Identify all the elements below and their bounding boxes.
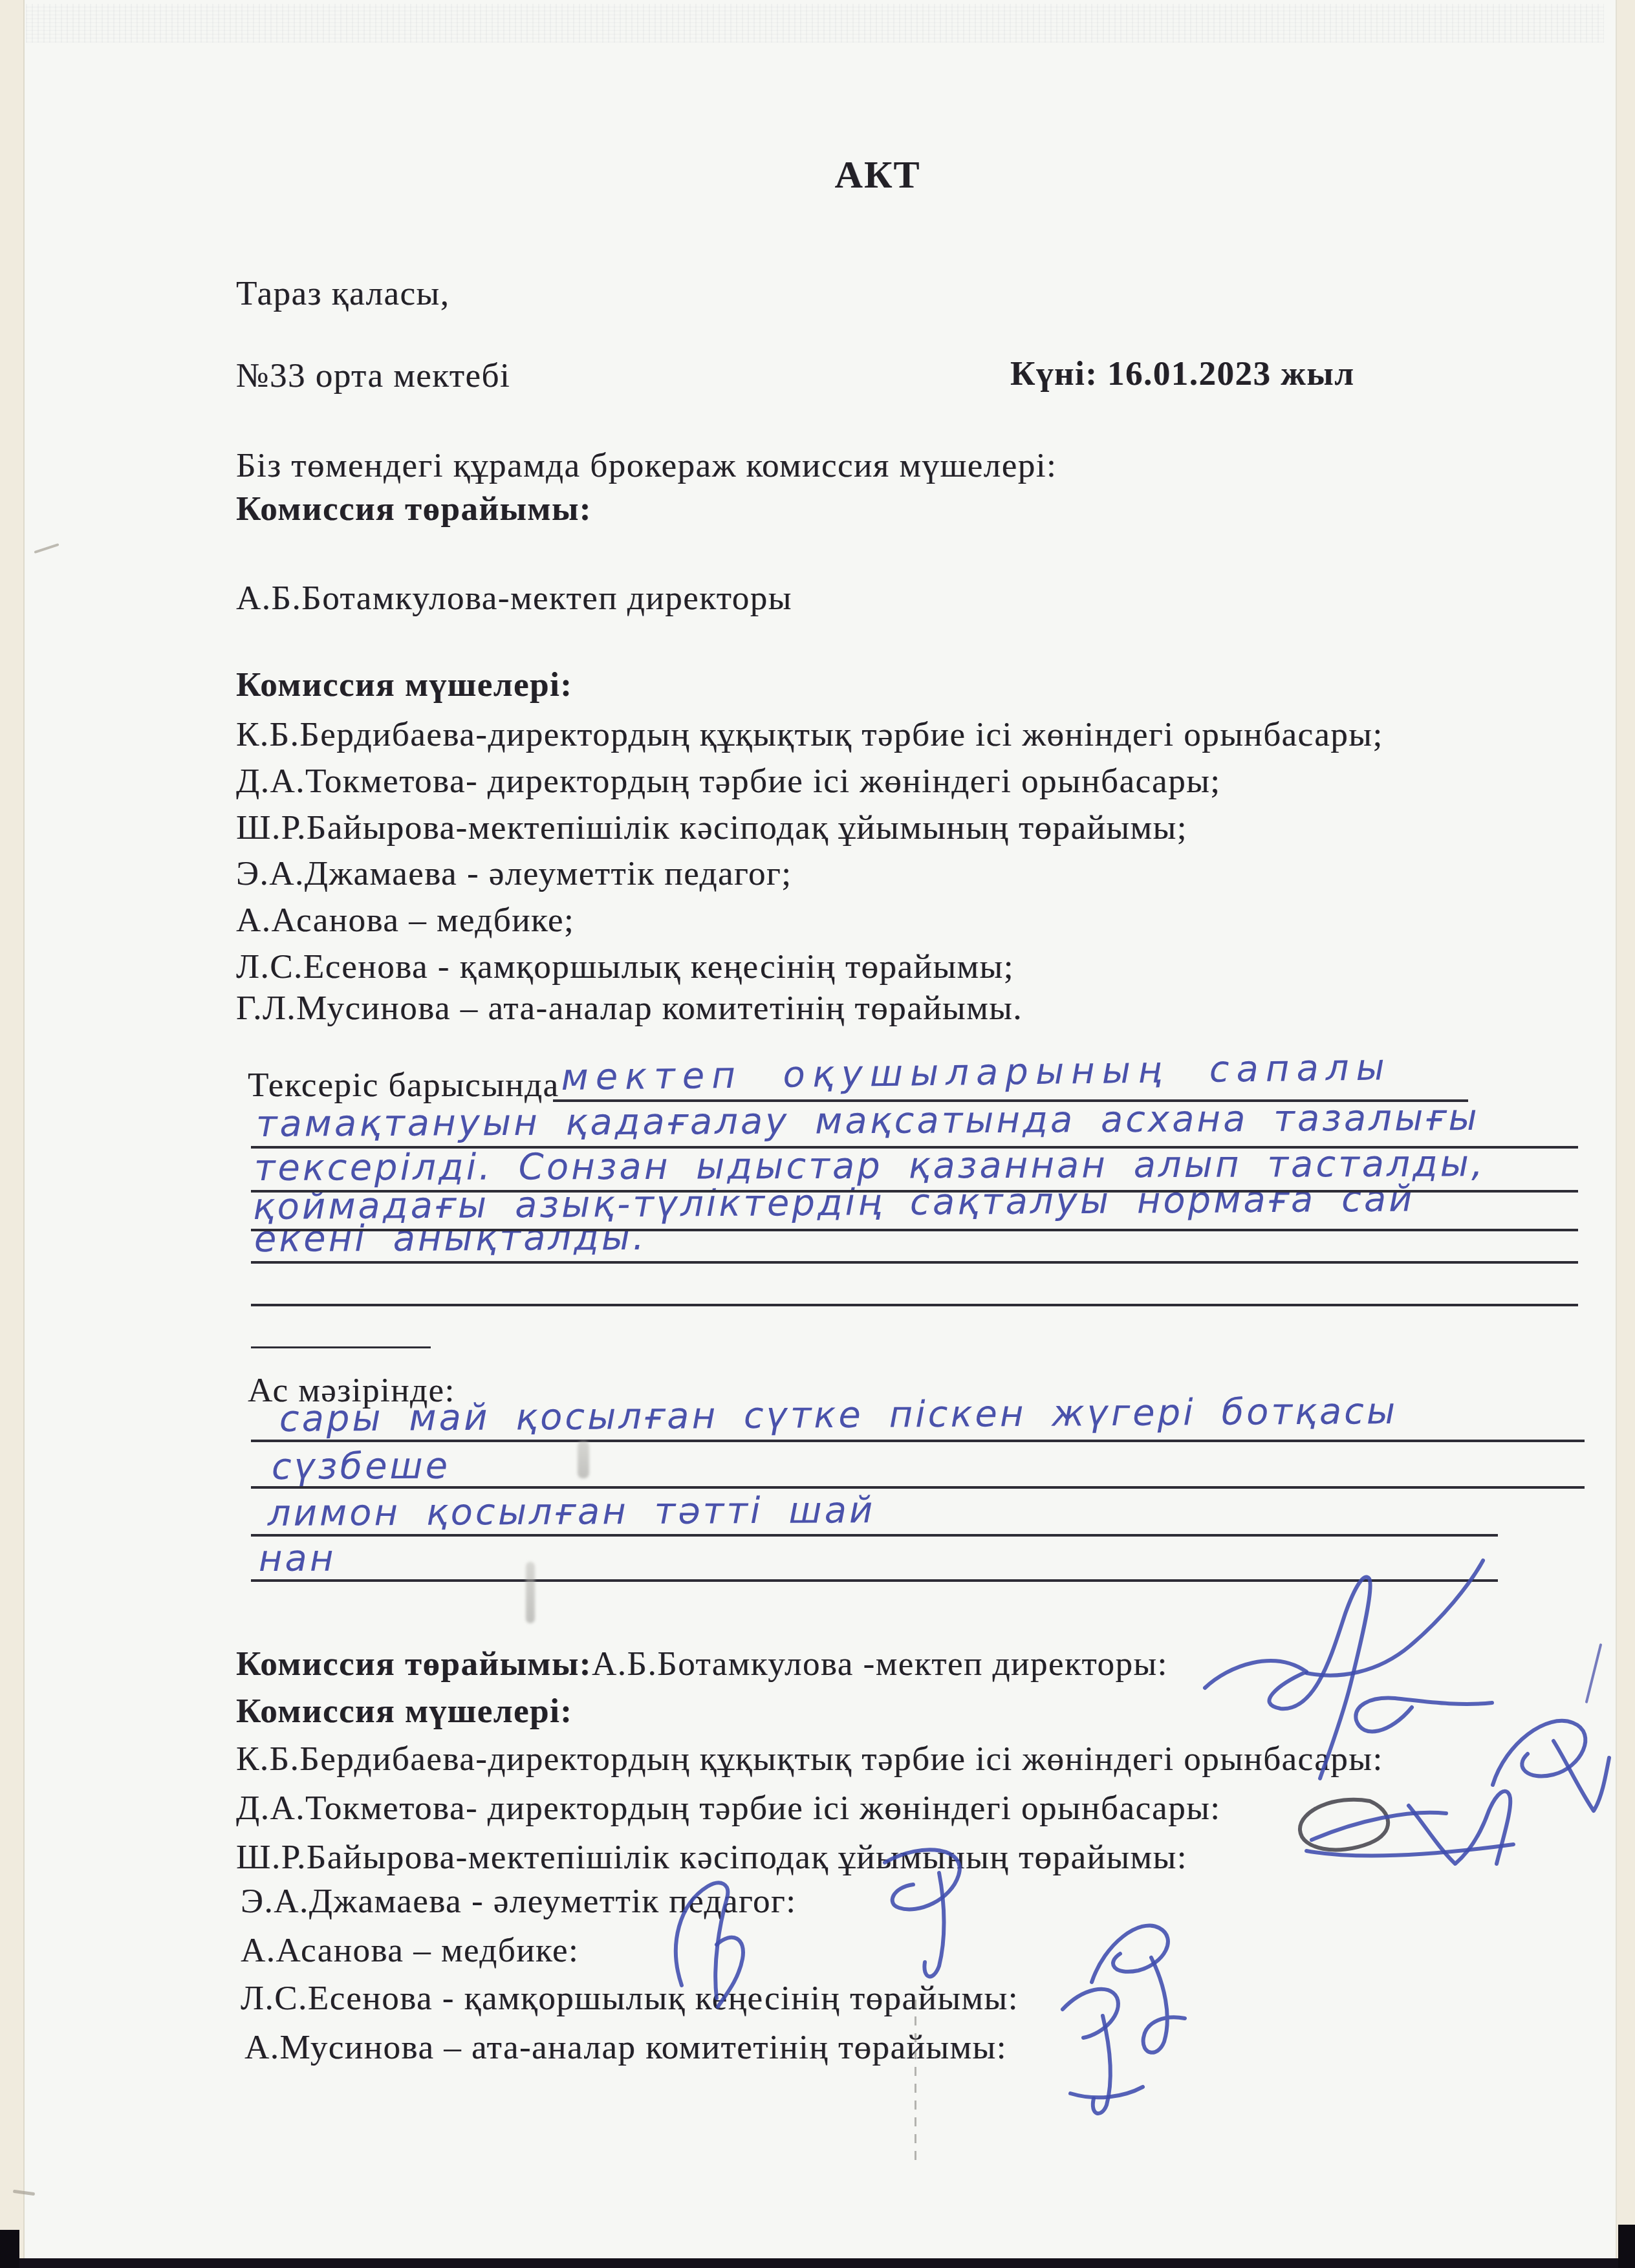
- member-line: К.Б.Бердибаева-директордың құқықтық тәрб…: [236, 715, 1383, 754]
- page-title: АКТ: [835, 153, 921, 197]
- handwritten-menu-item: сары май қосылған сүтке піскен жүгері бо…: [279, 1390, 1398, 1440]
- member-line: Э.А.Джамаева - әлеуметтік педагог;: [236, 854, 792, 893]
- ruled-line: [251, 1190, 1578, 1193]
- scanner-corner-blob: [1618, 2225, 1635, 2268]
- chair-name: А.Б.Ботамкулова-мектеп директоры: [236, 579, 792, 618]
- handwritten-menu-item: нан: [259, 1538, 336, 1580]
- handwritten-menu-item: сүзбеше: [272, 1445, 451, 1488]
- handwritten-line: екені анықталды.: [254, 1216, 647, 1260]
- ruled-line: [251, 1304, 1578, 1306]
- intro-line: Біз төмендегі құрамда брокераж комиссия …: [236, 446, 1057, 485]
- signature-member-line: Д.А.Токметова- директордың тәрбие ісі жө…: [236, 1789, 1220, 1828]
- member-line: Л.С.Есенова - қамқоршылық кеңесінің төра…: [236, 947, 1014, 986]
- chair-label: Комиссия төрайымы:: [236, 490, 592, 528]
- signature-chair-label: Комиссия төрайымы:: [236, 1645, 592, 1683]
- member-line: А.Асанова – медбике;: [236, 901, 574, 940]
- scanner-corner-blob: [0, 2230, 19, 2268]
- signature-tokmetova-icon: [1273, 1766, 1525, 1885]
- inspection-label: Тексеріс барысында: [248, 1066, 559, 1105]
- handwritten-menu-item: лимон қосылған тәтті шай: [268, 1489, 876, 1535]
- ruled-line: [251, 1229, 1578, 1231]
- city-line: Тараз қаласы,: [236, 274, 449, 313]
- scanner-bottom-band: [0, 2258, 1635, 2268]
- ruled-line-short: [251, 1346, 431, 1348]
- signature-asanova-icon: [653, 1866, 776, 2021]
- signature-member-line: А.Асанова – медбике:: [241, 1931, 579, 1970]
- member-line: Г.Л.Мусинова – ата-аналар комитетінің тө…: [236, 989, 1023, 1028]
- handwritten-line: тамақтануын қадағалау мақсатында асхана …: [256, 1097, 1480, 1145]
- member-line: Ш.Р.Байырова-мектепішілік кәсіподақ ұйым…: [236, 808, 1187, 847]
- ruled-line: [251, 1146, 1578, 1149]
- signature-chair-botamkulova-icon: [1193, 1549, 1504, 1801]
- members-label: Комиссия мүшелері:: [236, 665, 572, 704]
- signature-chair-name: А.Б.Ботамкулова -мектеп директоры:: [592, 1645, 1168, 1683]
- signature-jamaeva-icon: [847, 1835, 996, 1987]
- ruled-line: [251, 1261, 1578, 1264]
- ruled-line: [251, 1534, 1498, 1537]
- signature-member-line: А.Мусинова – ата-аналар комитетінің төра…: [244, 2028, 1007, 2067]
- member-line: Д.А.Токметова- директордың тәрбие ісі жө…: [236, 762, 1220, 801]
- school-line: №33 орта мектебі: [236, 356, 510, 395]
- signature-chair-line: Комиссия төрайымы:А.Б.Ботамкулова -мекте…: [236, 1645, 1168, 1683]
- ruled-line: [553, 1099, 1468, 1102]
- signature-members-label: Комиссия мүшелері:: [236, 1692, 572, 1731]
- ruled-line: [251, 1486, 1585, 1489]
- signature-musinova-icon: [1045, 1969, 1161, 2121]
- date-line: Күні: 16.01.2023 жыл: [1010, 354, 1354, 393]
- ruled-line: [251, 1440, 1585, 1442]
